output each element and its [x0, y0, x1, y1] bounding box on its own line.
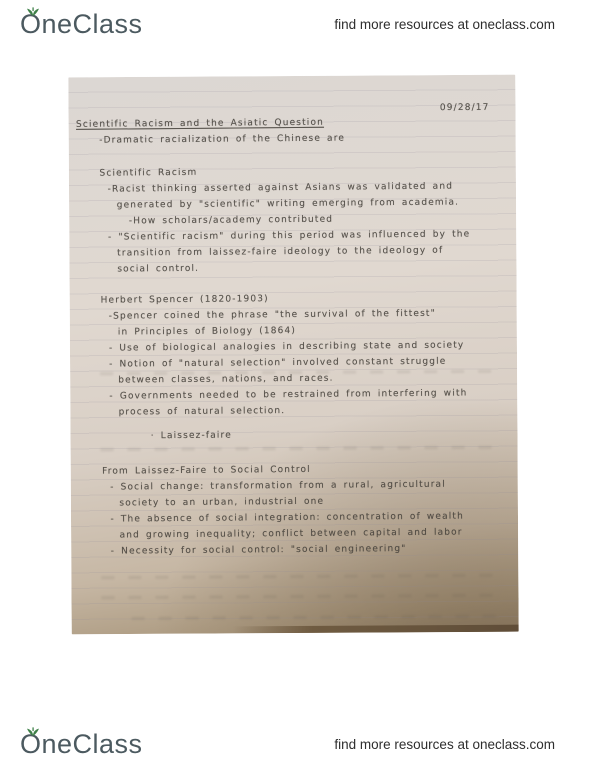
desk-edge — [233, 625, 519, 634]
find-resources-link[interactable]: find more resources at oneclass.com — [334, 17, 555, 32]
ink-bleed-mark — [132, 615, 499, 620]
ink-bleed-mark — [101, 594, 498, 599]
handwritten-line: process of natural selection. — [118, 401, 515, 420]
oneclass-logo: OneClass — [20, 9, 143, 40]
header: OneClass find more resources at oneclass… — [0, 2, 595, 46]
leaf-icon — [25, 4, 41, 14]
oneclass-logo: OneClass — [20, 729, 143, 760]
handwritten-line: · Laissez-faire — [151, 425, 516, 444]
oneclass-document-page: OneClass find more resources at oneclass… — [0, 0, 595, 770]
handwritten-line: -Dramatic racialization of the Chinese a… — [99, 129, 513, 149]
notes-photo: 09/28/17 Scientific Racism and the Asiat… — [68, 75, 518, 635]
leaf-icon — [25, 724, 41, 734]
handwritten-notes: Scientific Racism and the Asiatic Questi… — [68, 113, 517, 560]
handwritten-line: - Necessity for social control: "social … — [111, 540, 517, 560]
ink-bleed-mark — [101, 574, 498, 579]
find-resources-link[interactable]: find more resources at oneclass.com — [334, 737, 555, 752]
footer: OneClass find more resources at oneclass… — [0, 722, 595, 766]
handwritten-line: social control. — [117, 258, 514, 277]
